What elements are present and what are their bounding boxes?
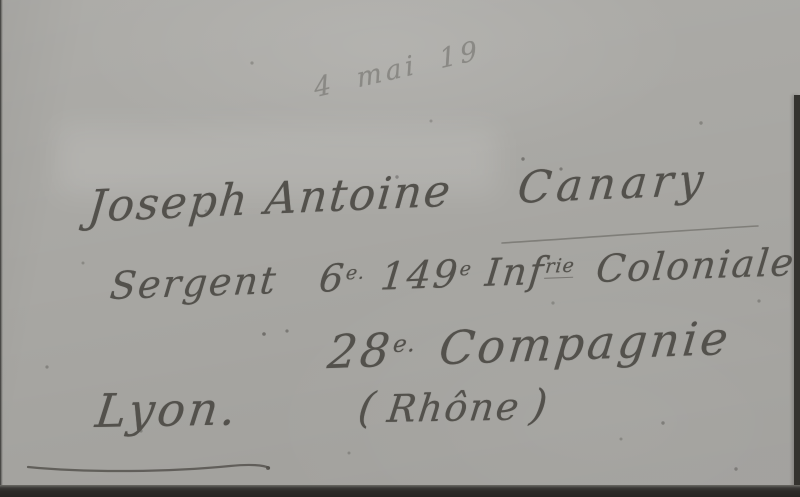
squad-ordinal: e. (345, 262, 367, 285)
left-edge-shadow (0, 0, 3, 497)
recipient-first-names: Joseph Antoine (86, 166, 455, 233)
company-line: 28e.Compagnie (325, 311, 733, 379)
underline-flourish (20, 454, 280, 478)
right-edge-shadow (794, 95, 800, 497)
branch-ordinal: rie (544, 254, 576, 278)
regiment-ordinal: e (459, 258, 474, 281)
company-ordinal: e. (392, 331, 418, 358)
company-word: Compagnie (437, 311, 734, 375)
branch-name: Coloniale (594, 240, 797, 291)
close-paren: ) (528, 380, 553, 429)
location-line: Lyon.(Rhône) (93, 376, 554, 438)
squad-number: 6 (317, 256, 348, 301)
envelope-scan: 4 mai 19 Joseph AntoineCanary Sergent6e.… (0, 0, 800, 497)
recipient-name-line: Joseph AntoineCanary (86, 154, 711, 232)
branch-abbreviation: Inf (483, 249, 547, 295)
department-name: Rhône (385, 385, 523, 431)
department-group: (Rhône) (355, 380, 553, 432)
city-name: Lyon. (93, 381, 242, 438)
bottom-edge-shadow (0, 485, 800, 497)
rank-word: Sergent (108, 258, 280, 308)
open-paren: ( (355, 383, 380, 432)
rank-regiment-line: Sergent6e.149eInfrieColoniale (108, 240, 798, 308)
regiment-number: 149 (378, 252, 461, 299)
company-number: 28 (325, 323, 395, 379)
postmark-date-note: 4 mai 19 (312, 35, 482, 104)
recipient-surname: Canary (515, 154, 710, 214)
paper-speckles (0, 0, 2, 2)
